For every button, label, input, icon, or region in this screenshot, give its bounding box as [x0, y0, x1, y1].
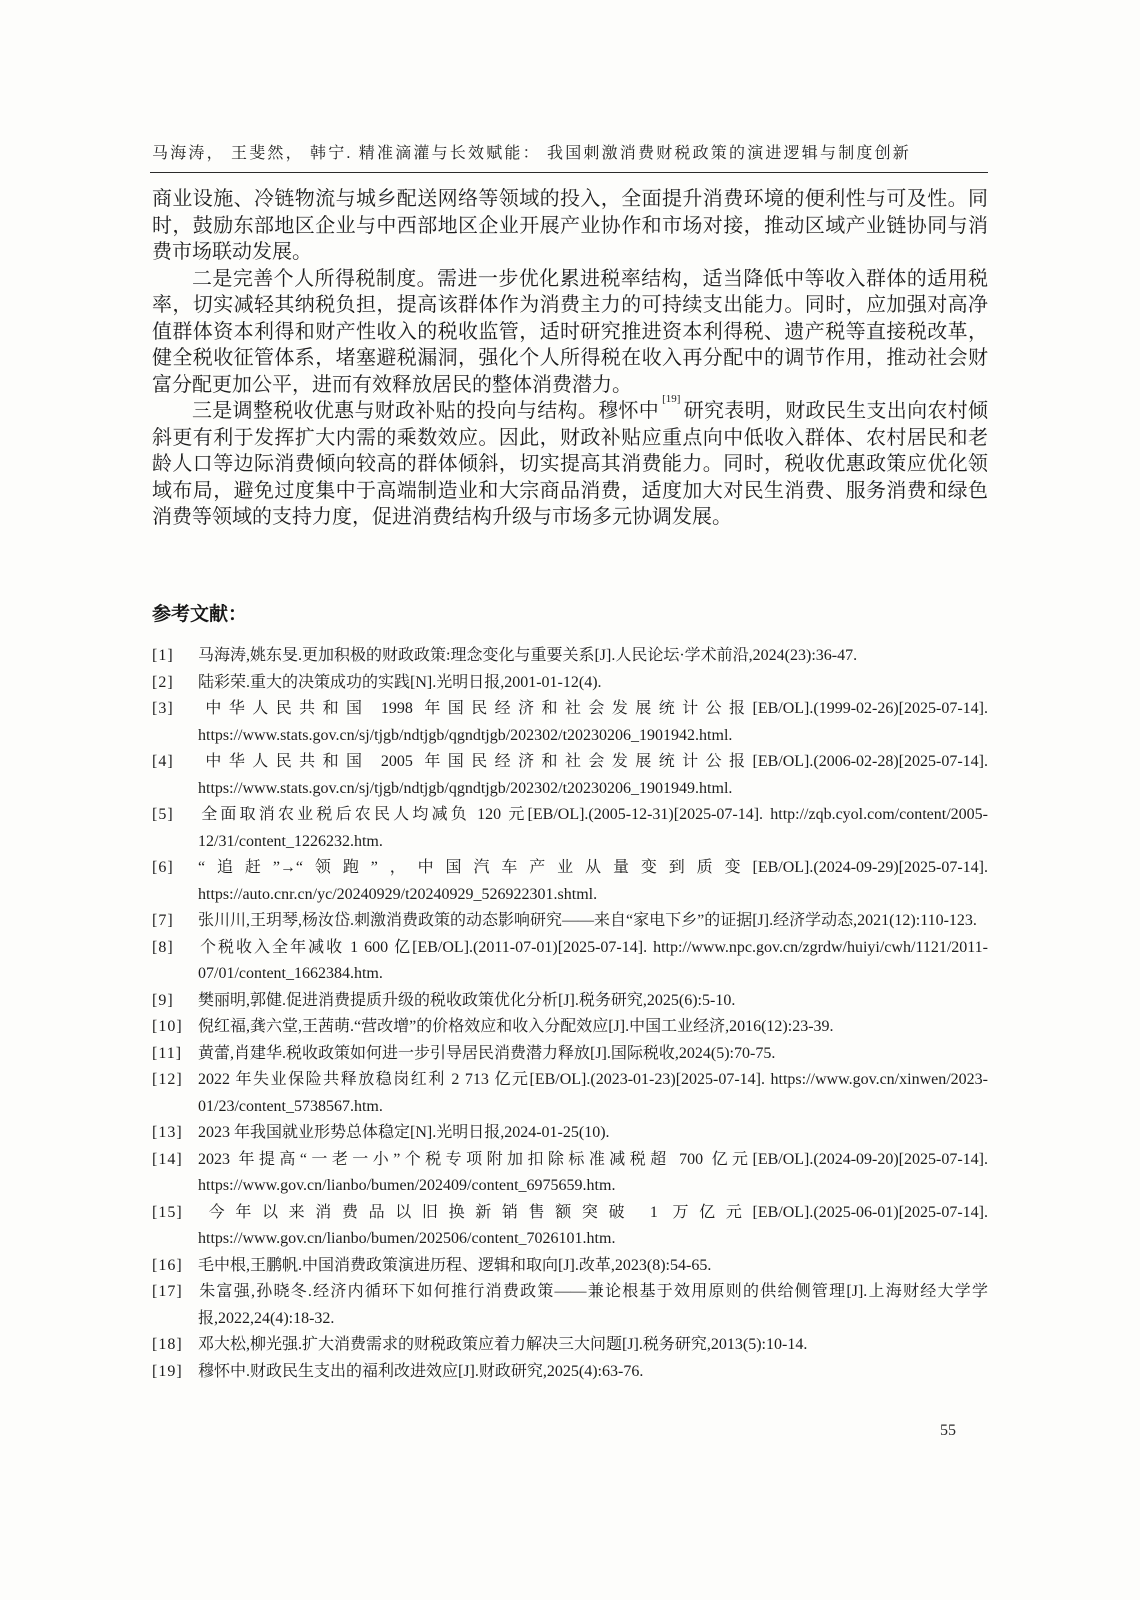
reference-number: [19] — [152, 1359, 198, 1386]
reference-number: [18] — [152, 1332, 198, 1359]
article-body: 商业设施、冷链物流与城乡配送网络等领域的投入，全面提升消费环境的便利性与可及性。… — [152, 186, 988, 531]
reference-text: 倪红福,龚六堂,王茜萌.“营改增”的价格效应和收入分配效应[J].中国工业经济,… — [198, 1018, 834, 1035]
reference-item: [3]中华人民共和国 1998 年国民经济和社会发展统计公报[EB/OL].(1… — [152, 696, 988, 749]
reference-number: [11] — [152, 1041, 198, 1068]
reference-text: 中华人民共和国 2005 年国民经济和社会发展统计公报[EB/OL].(2006… — [198, 753, 988, 797]
reference-number: [17] — [152, 1279, 198, 1306]
paragraph-text: 三是调整税收优惠与财政补贴的投向与结构。穆怀中 — [192, 400, 659, 422]
reference-number: [13] — [152, 1120, 198, 1147]
reference-number: [5] — [152, 802, 198, 829]
reference-number: [6] — [152, 855, 198, 882]
reference-text: 邓大松,柳光强.扩大消费需求的财税政策应着力解决三大问题[J].税务研究,201… — [198, 1336, 807, 1353]
reference-text: 今年以来消费品以旧换新销售额突破 1 万亿元[EB/OL].(2025-06-0… — [198, 1204, 988, 1248]
reference-item: [4]中华人民共和国 2005 年国民经济和社会发展统计公报[EB/OL].(2… — [152, 749, 988, 802]
reference-item: [9]樊丽明,郭健.促进消费提质升级的税收政策优化分析[J].税务研究,2025… — [152, 988, 988, 1015]
reference-text: 黄蕾,肖建华.税收政策如何进一步引导居民消费潜力释放[J].国际税收,2024(… — [198, 1045, 775, 1062]
reference-item: [13]2023 年我国就业形势总体稳定[N].光明日报,2024-01-25(… — [152, 1120, 988, 1147]
reference-number: [1] — [152, 643, 198, 670]
references-heading: 参考文献： — [152, 602, 988, 628]
citation-superscript: [19] — [662, 393, 680, 405]
reference-text: 个税收入全年减收 1 600 亿[EB/OL].(2011-07-01)[202… — [198, 939, 988, 983]
reference-text: 2023 年我国就业形势总体稳定[N].光明日报,2024-01-25(10). — [198, 1124, 610, 1141]
reference-item: [1]马海涛,姚东旻.更加积极的财政政策:理念变化与重要关系[J].人民论坛·学… — [152, 643, 988, 670]
reference-item: [7]张川川,王玥琴,杨汝岱.刺激消费政策的动态影响研究——来自“家电下乡”的证… — [152, 908, 988, 935]
references-list: [1]马海涛,姚东旻.更加积极的财政政策:理念变化与重要关系[J].人民论坛·学… — [152, 643, 988, 1385]
header-divider — [150, 172, 988, 173]
reference-number: [7] — [152, 908, 198, 935]
reference-text: 2023 年提高“一老一小”个税专项附加扣除标准减税超 700 亿元[EB/OL… — [198, 1151, 988, 1195]
reference-item: [10]倪红福,龚六堂,王茜萌.“营改增”的价格效应和收入分配效应[J].中国工… — [152, 1014, 988, 1041]
reference-number: [9] — [152, 988, 198, 1015]
reference-item: [18]邓大松,柳光强.扩大消费需求的财税政策应着力解决三大问题[J].税务研究… — [152, 1332, 988, 1359]
reference-item: [15]今年以来消费品以旧换新销售额突破 1 万亿元[EB/OL].(2025-… — [152, 1200, 988, 1253]
paragraph-tax-incentives: 三是调整税收优惠与财政补贴的投向与结构。穆怀中[19]研究表明，财政民生支出向农… — [152, 398, 988, 531]
reference-text: 陆彩荣.重大的决策成功的实践[N].光明日报,2001-01-12(4). — [198, 674, 602, 691]
reference-item: [6]“追赶”→“领跑”，中国汽车产业从量变到质变[EB/OL].(2024-0… — [152, 855, 988, 908]
paragraph-individual-income-tax: 二是完善个人所得税制度。需进一步优化累进税率结构，适当降低中等收入群体的适用税率… — [152, 266, 988, 399]
reference-text: 毛中根,王鹏帆.中国消费政策演进历程、逻辑和取向[J].改革,2023(8):5… — [198, 1257, 711, 1274]
reference-text: 2022 年失业保险共释放稳岗红利 2 713 亿元[EB/OL].(2023-… — [198, 1071, 988, 1115]
page-number: 55 — [940, 1422, 956, 1440]
reference-text: 穆怀中.财政民生支出的福利改进效应[J].财政研究,2025(4):63-76. — [198, 1363, 643, 1380]
reference-text: “追赶”→“领跑”，中国汽车产业从量变到质变[EB/OL].(2024-09-2… — [198, 859, 988, 903]
reference-number: [2] — [152, 670, 198, 697]
reference-number: [10] — [152, 1014, 198, 1041]
reference-item: [17]朱富强,孙晓冬.经济内循环下如何推行消费政策——兼论根基于效用原则的供给… — [152, 1279, 988, 1332]
reference-number: [8] — [152, 935, 198, 962]
reference-number: [14] — [152, 1147, 198, 1174]
running-head: 马海涛， 王斐然， 韩宁. 精准滴灌与长效赋能： 我国刺激消费财税政策的演进逻辑… — [152, 140, 988, 163]
reference-number: [4] — [152, 749, 198, 776]
reference-item: [11]黄蕾,肖建华.税收政策如何进一步引导居民消费潜力释放[J].国际税收,2… — [152, 1041, 988, 1068]
reference-text: 张川川,王玥琴,杨汝岱.刺激消费政策的动态影响研究——来自“家电下乡”的证据[J… — [198, 912, 977, 929]
reference-item: [16]毛中根,王鹏帆.中国消费政策演进历程、逻辑和取向[J].改革,2023(… — [152, 1253, 988, 1280]
paragraph-continuation: 商业设施、冷链物流与城乡配送网络等领域的投入，全面提升消费环境的便利性与可及性。… — [152, 186, 988, 266]
reference-item: [19]穆怀中.财政民生支出的福利改进效应[J].财政研究,2025(4):63… — [152, 1359, 988, 1386]
reference-number: [12] — [152, 1067, 198, 1094]
reference-number: [15] — [152, 1200, 198, 1227]
reference-text: 朱富强,孙晓冬.经济内循环下如何推行消费政策——兼论根基于效用原则的供给侧管理[… — [198, 1283, 988, 1327]
reference-item: [8]个税收入全年减收 1 600 亿[EB/OL].(2011-07-01)[… — [152, 935, 988, 988]
references-section: 参考文献： [1]马海涛,姚东旻.更加积极的财政政策:理念变化与重要关系[J].… — [152, 602, 988, 1385]
reference-text: 全面取消农业税后农民人均减负 120 元[EB/OL].(2005-12-31)… — [198, 806, 988, 850]
reference-text: 中华人民共和国 1998 年国民经济和社会发展统计公报[EB/OL].(1999… — [198, 700, 988, 744]
journal-page: 马海涛， 王斐然， 韩宁. 精准滴灌与长效赋能： 我国刺激消费财税政策的演进逻辑… — [0, 0, 1140, 1600]
reference-item: [2]陆彩荣.重大的决策成功的实践[N].光明日报,2001-01-12(4). — [152, 670, 988, 697]
reference-item: [5]全面取消农业税后农民人均减负 120 元[EB/OL].(2005-12-… — [152, 802, 988, 855]
reference-item: [14]2023 年提高“一老一小”个税专项附加扣除标准减税超 700 亿元[E… — [152, 1147, 988, 1200]
reference-text: 樊丽明,郭健.促进消费提质升级的税收政策优化分析[J].税务研究,2025(6)… — [198, 992, 735, 1009]
reference-number: [3] — [152, 696, 198, 723]
reference-item: [12]2022 年失业保险共释放稳岗红利 2 713 亿元[EB/OL].(2… — [152, 1067, 988, 1120]
reference-text: 马海涛,姚东旻.更加积极的财政政策:理念变化与重要关系[J].人民论坛·学术前沿… — [198, 647, 857, 664]
reference-number: [16] — [152, 1253, 198, 1280]
